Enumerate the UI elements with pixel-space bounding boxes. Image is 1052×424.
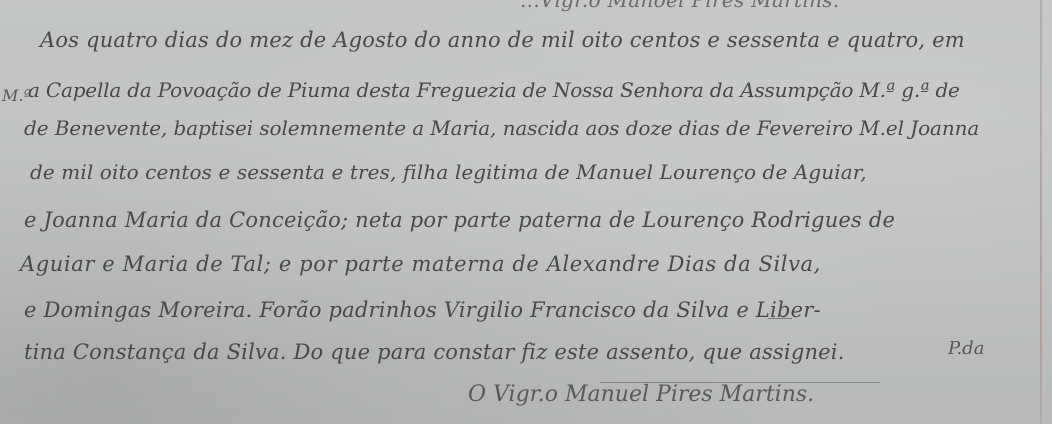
top-fragment-line: ...Vigr.o Manoel Pires Martins. [520, 0, 839, 12]
right-annotation: P.da [948, 338, 984, 359]
left-margin-note: M.ª [2, 86, 31, 105]
record-line-3: de Benevente, baptisei solemnemente a Ma… [24, 116, 979, 140]
record-line-2: a Capella da Povoação de Piuma desta Fre… [28, 78, 960, 102]
record-line-5: e Joanna Maria da Conceição; neta por pa… [24, 208, 895, 232]
manuscript-page: ...Vigr.o Manoel Pires Martins. Aos quat… [0, 0, 1052, 424]
record-line-4: de mil oito centos e sessenta e tres, fi… [30, 160, 867, 184]
record-line-8: tina Constança da Silva. Do que para con… [24, 340, 845, 364]
record-line-6: Aguiar e Maria de Tal; e por parte mater… [20, 252, 821, 276]
line-end-dash-1 [768, 318, 792, 319]
record-line-1: Aos quatro dias do mez de Agosto do anno… [40, 28, 965, 52]
priest-signature: O Vigr.o Manuel Pires Martins. [468, 382, 814, 407]
signature-flourish [600, 382, 880, 383]
page-edge [1040, 0, 1042, 424]
record-line-7: e Domingas Moreira. Forão padrinhos Virg… [24, 298, 821, 322]
